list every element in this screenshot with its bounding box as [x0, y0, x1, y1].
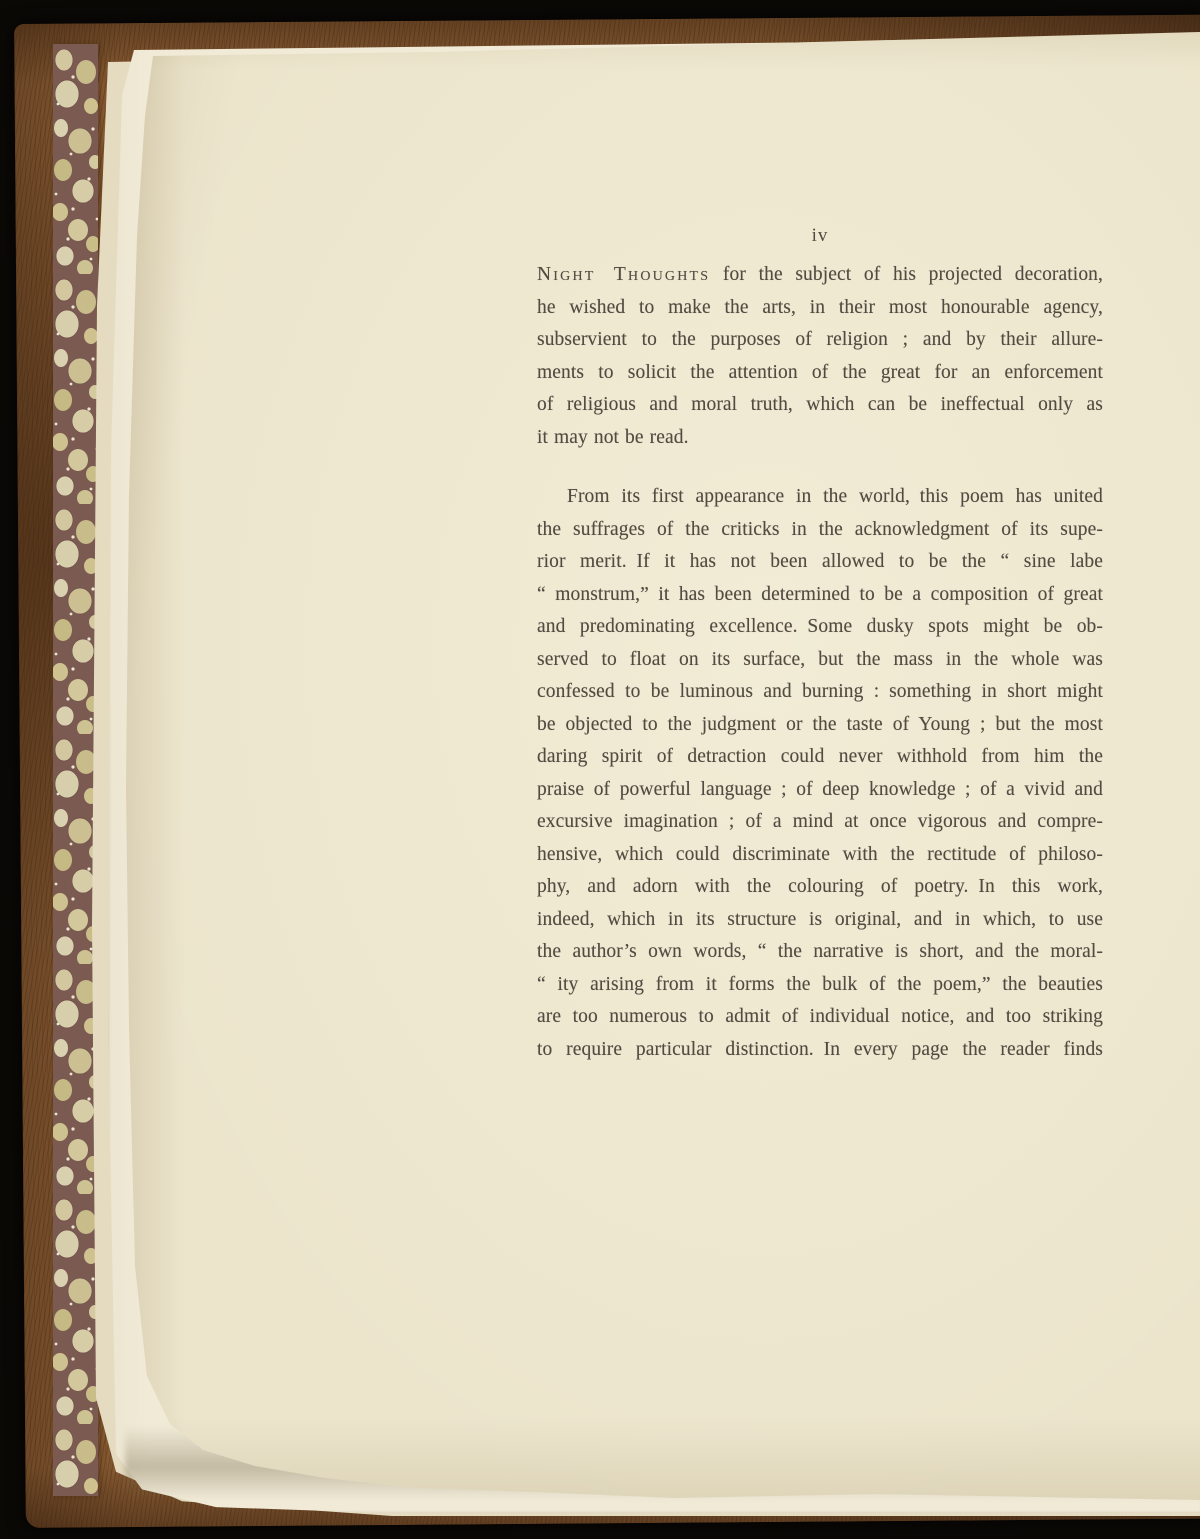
- text-line: ments to solicit the attention of the gr…: [537, 357, 1103, 390]
- text-line: From its first appearance in the world, …: [537, 481, 1103, 514]
- text-line: of religious and moral truth, which can …: [537, 389, 1103, 422]
- text-line: served to float on its surface, but the …: [537, 644, 1103, 677]
- text-line: “ monstrum,” it has been determined to b…: [537, 579, 1103, 612]
- marbled-endpaper: [53, 44, 98, 1496]
- text-line: excursive imagination ; of a mind at onc…: [537, 806, 1103, 839]
- text-line: confessed to be luminous and burning : s…: [537, 676, 1103, 709]
- text-line: “ ity arising from it forms the bulk of …: [537, 969, 1103, 1002]
- text-line: subservient to the purposes of religion …: [537, 324, 1103, 357]
- text-line: hensive, which could discriminate with t…: [537, 839, 1103, 872]
- text-line: the suffrages of the criticks in the ack…: [537, 514, 1103, 547]
- paragraph: From its first appearance in the world, …: [537, 481, 1103, 1066]
- text-line: praise of powerful language ; of deep kn…: [537, 774, 1103, 807]
- text-line: are too numerous to admit of individual …: [537, 1001, 1103, 1034]
- text-line: Night Thoughts for the subject of his pr…: [537, 259, 1103, 292]
- text-line: indeed, which in its structure is origin…: [537, 904, 1103, 937]
- book-page: iv Night Thoughts for the subject of his…: [115, 26, 1200, 1504]
- text-line: phy, and adorn with the colouring of poe…: [537, 871, 1103, 904]
- page-text: Night Thoughts for the subject of his pr…: [537, 259, 1103, 1066]
- text-line: be objected to the judgment or the taste…: [537, 709, 1103, 742]
- text-line: daring spirit of detraction could never …: [537, 741, 1103, 774]
- paragraph: Night Thoughts for the subject of his pr…: [537, 259, 1103, 454]
- smallcaps-lead: Night Thoughts: [537, 264, 710, 285]
- text-line: he wished to make the arts, in their mos…: [537, 292, 1103, 325]
- text-line: to require particular distinction. In ev…: [537, 1034, 1103, 1067]
- text-line: and predominating excellence. Some dusky…: [537, 611, 1103, 644]
- book-photograph: iv Night Thoughts for the subject of his…: [0, 0, 1200, 1539]
- text-line: rior merit. If it has not been allowed t…: [537, 546, 1103, 579]
- page-number: iv: [537, 223, 1103, 249]
- text-line: the author’s own words, “ the narrative …: [537, 936, 1103, 969]
- marble-pattern-graphic: [53, 44, 98, 1496]
- text-line: it may not be read.: [537, 422, 1103, 455]
